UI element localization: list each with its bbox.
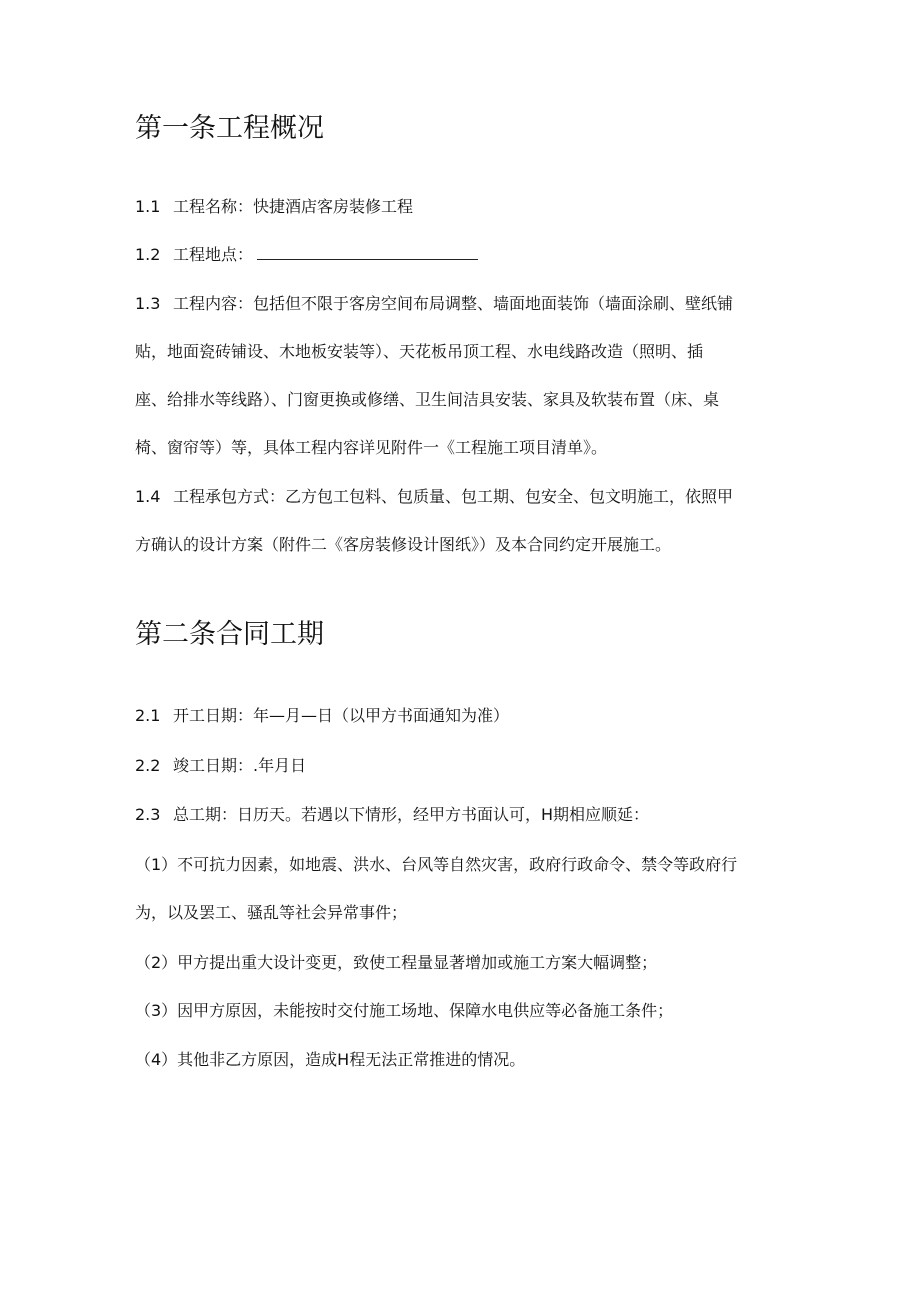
clause-text: 开工日期：年—月—日（以甲方书面通知为准） <box>173 706 509 725</box>
location-blank-line <box>257 258 478 260</box>
clause-number: 2.3 <box>135 805 173 825</box>
section-2-title: 第二条合同工期 <box>135 619 324 651</box>
clause-2-2: 2.2竣工日期：.年月日 <box>135 756 306 776</box>
condition-1-line-1: （1）不可抗力因素，如地震、洪水、台风等自然灾害，政府行政命令、禁令等政府行 <box>135 855 737 875</box>
condition-3: （3）因甲方原因，未能按时交付施工场地、保障水电供应等必备施工条件； <box>135 1001 673 1021</box>
clause-1-4-line-2: 方确认的设计方案（附件二《客房装修设计图纸》）及本合同约定开展施工。 <box>135 535 671 555</box>
clause-1-4-line-1: 1.4工程承包方式：乙方包工包料、包质量、包工期、包安全、包文明施工，依照甲 <box>135 487 733 507</box>
clause-number: 1.1 <box>135 197 173 217</box>
document-page: 第一条工程概况 1.1工程名称：快捷酒店客房装修工程 1.2工程地点： 1.3工… <box>0 0 920 1301</box>
clause-number: 1.2 <box>135 245 173 265</box>
clause-text: 工程承包方式：乙方包工包料、包质量、包工期、包安全、包文明施工，依照甲 <box>173 487 733 506</box>
clause-2-3: 2.3总工期：日历天。若遇以下情形，经甲方书面认可，H期相应顺延： <box>135 805 649 825</box>
clause-text: 工程名称：快捷酒店客房装修工程 <box>173 197 413 216</box>
condition-2: （2）甲方提出重大设计变更，致使工程量显著增加或施工方案大幅调整； <box>135 953 657 973</box>
clause-number: 1.3 <box>135 294 173 314</box>
clause-1-3-line-2: 贴，地面瓷砖铺设、木地板安装等）、天花板吊顶工程、水电线路改造（照明、插 <box>135 342 703 362</box>
condition-4: （4）其他非乙方原因，造成H程无法正常推进的情况。 <box>135 1050 525 1070</box>
clause-text: 总工期：日历天。若遇以下情形，经甲方书面认可，H期相应顺延： <box>173 805 649 824</box>
clause-1-3-line-4: 椅、窗帘等）等，具体工程内容详见附件一《工程施工项目清单》。 <box>135 438 607 458</box>
clause-number: 2.1 <box>135 706 173 726</box>
clause-1-1: 1.1工程名称：快捷酒店客房装修工程 <box>135 197 413 217</box>
clause-1-3-line-3: 座、给排水等线路）、门窗更换或修缮、卫生间洁具安装、家具及软装布置（床、桌 <box>135 390 719 410</box>
clause-1-3-line-1: 1.3工程内容：包括但不限于客房空间布局调整、墙面地面装饰（墙面涂刷、壁纸铺 <box>135 294 733 314</box>
clause-2-1: 2.1开工日期：年—月—日（以甲方书面通知为准） <box>135 706 509 726</box>
clause-number: 2.2 <box>135 756 173 776</box>
clause-1-2: 1.2工程地点： <box>135 245 478 265</box>
clause-number: 1.4 <box>135 487 173 507</box>
clause-text: 竣工日期：.年月日 <box>173 756 306 775</box>
clause-text: 工程地点： <box>173 245 253 264</box>
section-1-title: 第一条工程概况 <box>135 113 324 145</box>
clause-text: 工程内容：包括但不限于客房空间布局调整、墙面地面装饰（墙面涂刷、壁纸铺 <box>173 294 733 313</box>
condition-1-line-2: 为，以及罢工、骚乱等社会异常事件； <box>135 903 407 923</box>
